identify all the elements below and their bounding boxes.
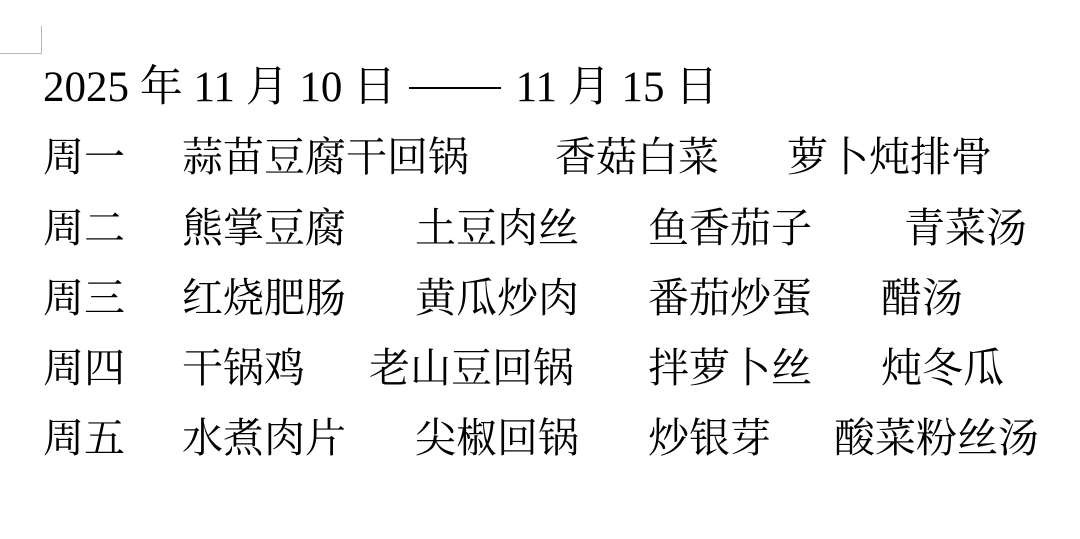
date-range-dash [409,87,501,89]
dish: 干锅鸡 [182,344,305,392]
dish: 老山豆回锅 [369,344,574,392]
dish: 土豆肉丝 [415,204,579,252]
dish: 炖冬瓜 [881,344,1004,392]
date-end: 11 月 15 日 [516,64,719,112]
dish: 红烧肥肠 [182,274,346,322]
dish: 青菜汤 [904,204,1027,252]
date-range-heading: 2025 年 11 月 10 日 11 月 15 日 [43,64,718,112]
day-label: 周三 [43,274,125,322]
dish: 萝卜炖排骨 [787,133,992,181]
date-start: 2025 年 11 月 10 日 [43,64,396,112]
dish: 蒜苗豆腐干回锅 [182,133,469,181]
dish: 醋汤 [881,274,963,322]
dish: 拌萝卜丝 [648,344,812,392]
dish: 炒银芽 [648,414,771,462]
dish: 熊掌豆腐 [182,204,346,252]
dish: 水煮肉片 [182,414,346,462]
dish: 尖椒回锅 [415,414,579,462]
page-margin-corner-mark [0,26,42,54]
dish: 鱼香茄子 [648,204,812,252]
dish: 香菇白菜 [555,133,719,181]
dish: 黄瓜炒肉 [415,274,579,322]
day-label: 周二 [43,204,125,252]
day-label: 周四 [43,344,125,392]
day-label: 周五 [43,414,125,462]
dish: 番茄炒蛋 [648,274,812,322]
day-label: 周一 [43,133,125,181]
dish: 酸菜粉丝汤 [834,414,1039,462]
